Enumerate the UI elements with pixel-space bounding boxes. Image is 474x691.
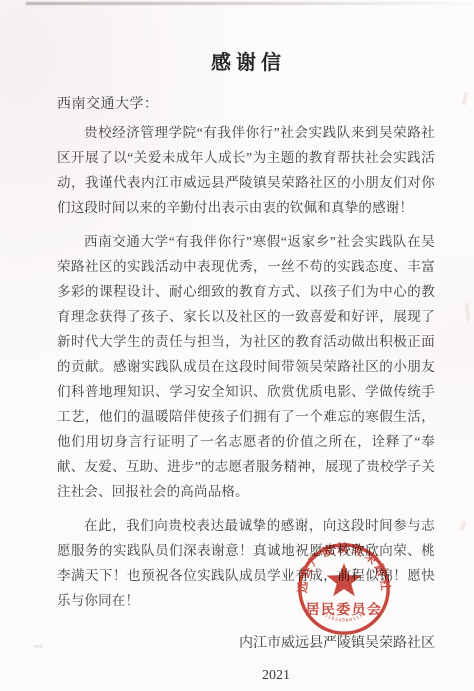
letter-paragraph: 在此，我们向贵校表达最诚挚的感谢，向这段时间参与志愿服务的实践队员们深表谢意！真… [57, 513, 435, 613]
scan-artifact-mark [462, 92, 469, 106]
letter-page: 感谢信 西南交通大学： 贵校经济管理学院“有我伴你行”社会实践队来到吴荣路社区开… [0, 0, 474, 691]
scan-artifact-mark [465, 303, 470, 321]
letter-body: 感谢信 西南交通大学： 贵校经济管理学院“有我伴你行”社会实践队来到吴荣路社区开… [57, 46, 435, 691]
letter-salutation: 西南交通大学： [57, 93, 435, 113]
signature-date: 2021 [57, 660, 435, 691]
scan-artifact-top-edge [26, 2, 474, 5]
letter-paragraph: 贵校经济管理学院“有我伴你行”社会实践队来到吴荣路社区开展了以“关爱未成年人成长… [57, 120, 435, 220]
letter-title: 感谢信 [57, 46, 435, 75]
signature-organization: 内江市威远县严陵镇吴荣路社区 [57, 628, 435, 660]
scan-artifact-mark [459, 521, 466, 532]
signature-block: 内江市威远县严陵镇吴荣路社区 2021 [57, 628, 435, 691]
letter-paragraph: 西南交通大学“有我伴你行”寒假“返家乡”社会实践队在吴荣路社区的实践活动中表现优… [57, 229, 435, 504]
scan-artifact-mark [34, 645, 43, 648]
